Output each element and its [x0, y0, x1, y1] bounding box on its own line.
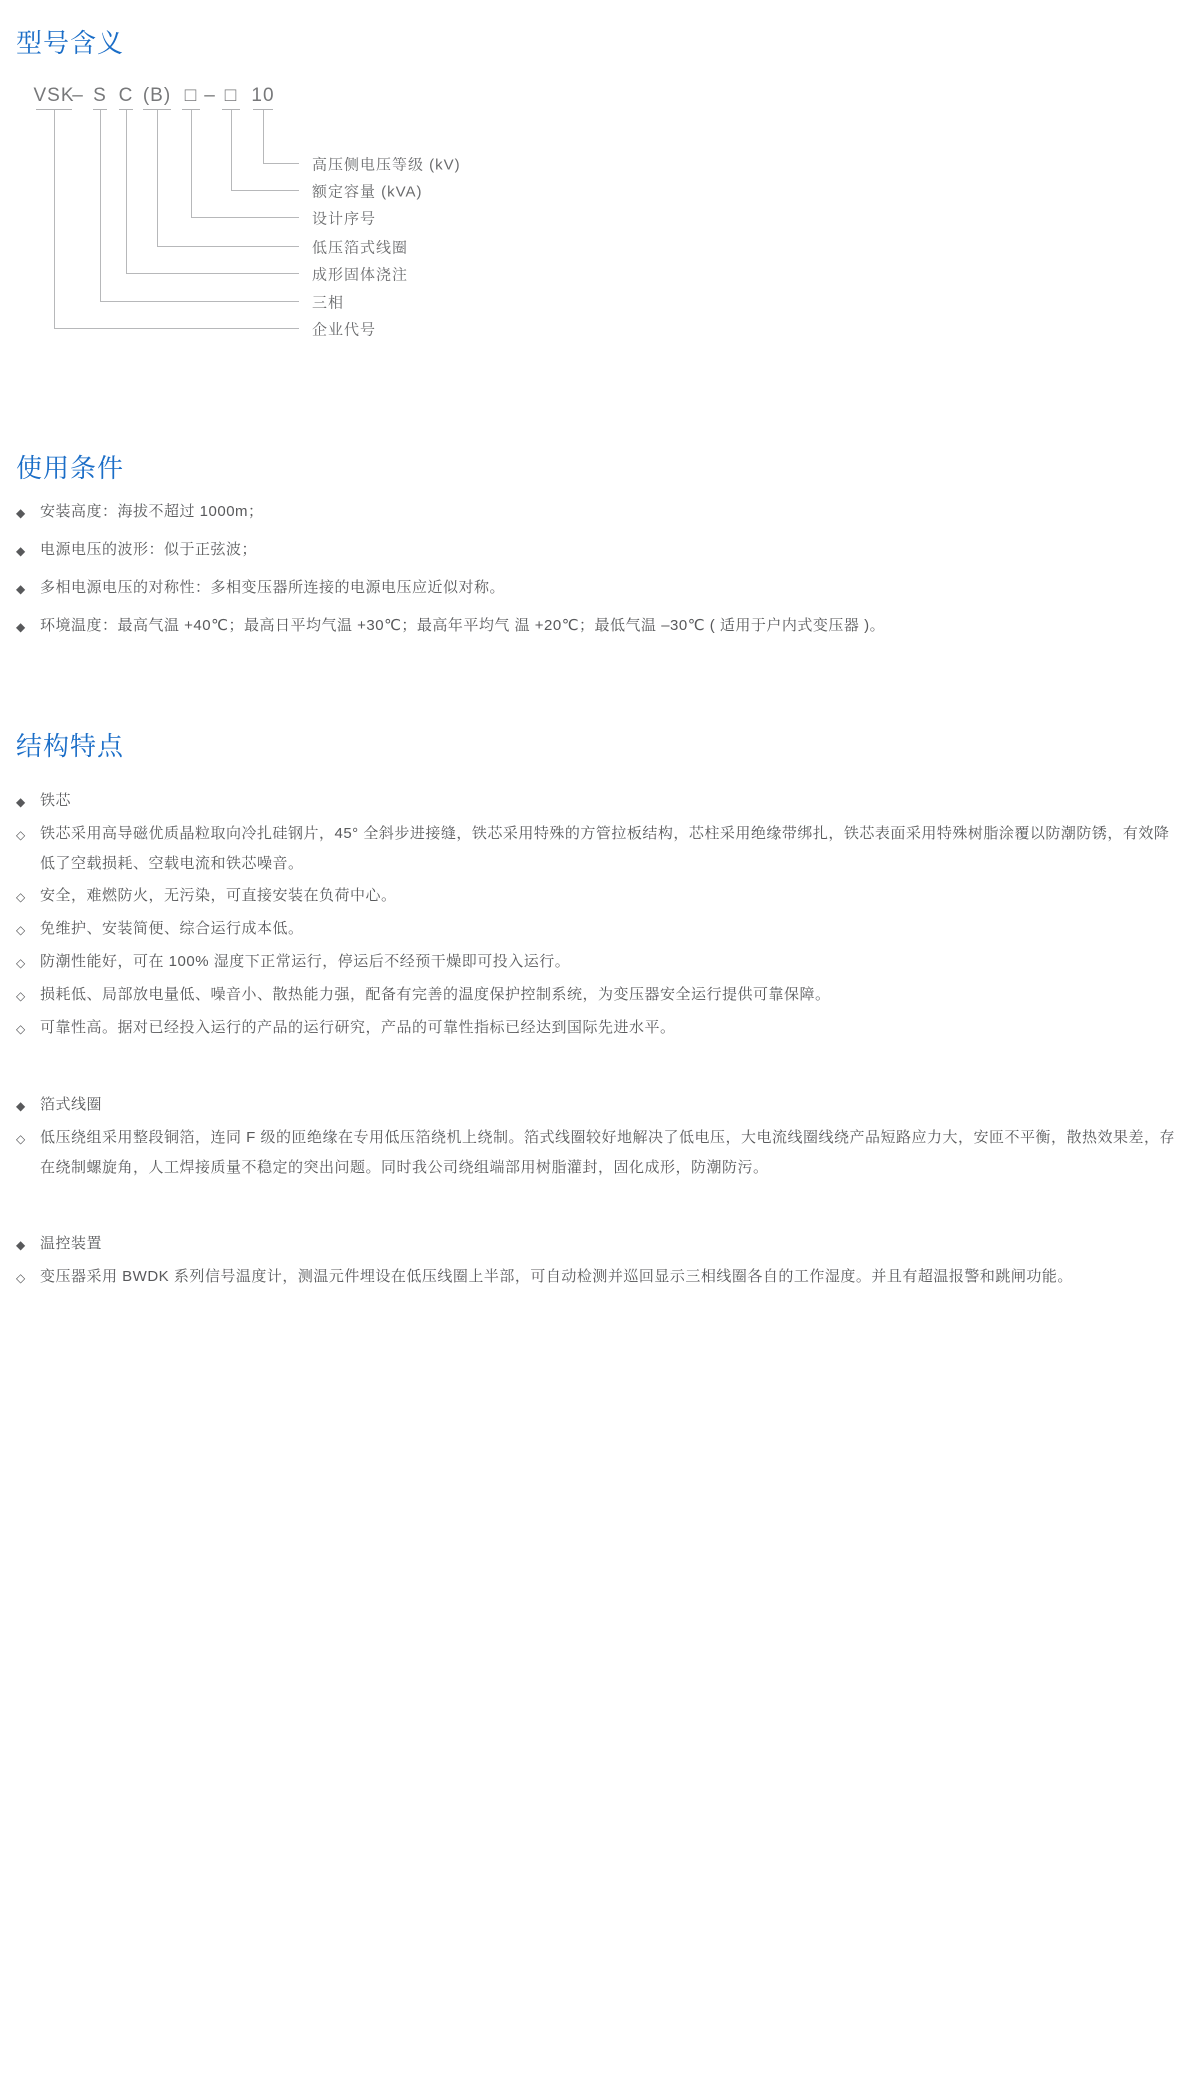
section-conditions: 使用条件 ◆ 安装高度：海拔不超过 1000m； ◆ 电源电压的波形：似于正弦波…: [16, 453, 1184, 639]
diagram-label-solid-cast: 成形固体浇注: [312, 264, 408, 285]
condition-text: 电源电压的波形：似于正弦波；: [40, 538, 1184, 562]
diamond-solid-icon: ◆: [16, 576, 40, 601]
feature-text: 铁芯采用高导磁优质晶粒取向冷扎硅钢片，45° 全斜步进接缝，铁芯采用特殊的方管拉…: [40, 819, 1184, 879]
feature-group-foil-coil: ◆ 箔式线圈 ◇ 低压绕组采用整段铜箔，连同 F 级的匝绝缘在专用低压箔绕机上绕…: [16, 1090, 1184, 1183]
connector-line: [126, 110, 127, 273]
feature-item: ◇ 免维护、安装简便、综合运行成本低。: [16, 914, 1184, 945]
feature-text: 安全，难燃防火，无污染，可直接安装在负荷中心。: [40, 881, 1184, 911]
conditions-section-heading: 使用条件: [16, 453, 1184, 484]
feature-item: ◇ 变压器采用 BWDK 系列信号温度计，测温元件埋设在低压线圈上半部，可自动检…: [16, 1262, 1184, 1293]
feature-group-title-text: 铁芯: [40, 786, 1184, 816]
diamond-solid-icon: ◆: [16, 500, 40, 525]
connector-line: [263, 110, 264, 163]
code-segment-box1: □: [185, 85, 197, 107]
diamond-solid-icon: ◆: [16, 614, 40, 639]
feature-item: ◇ 铁芯采用高导磁优质晶粒取向冷扎硅钢片，45° 全斜步进接缝，铁芯采用特殊的方…: [16, 819, 1184, 879]
code-segment-b: (B): [143, 85, 171, 107]
code-segment-box2: □: [225, 85, 237, 107]
diamond-hollow-icon: ◇: [16, 947, 40, 978]
feature-text: 低压绕组采用整段铜箔，连同 F 级的匝绝缘在专用低压箔绕机上绕制。箔式线圈较好地…: [40, 1123, 1184, 1183]
feature-group-title: ◆ 温控装置: [16, 1229, 1184, 1260]
connector-line: [191, 110, 192, 217]
code-dash2: –: [204, 85, 216, 107]
connector-line: [54, 328, 299, 329]
feature-item: ◇ 防潮性能好，可在 100% 湿度下正常运行，停运后不经预干燥即可投入运行。: [16, 947, 1184, 978]
diamond-hollow-icon: ◇: [16, 1123, 40, 1154]
condition-text: 安装高度：海拔不超过 1000m；: [40, 500, 1184, 524]
feature-group-title-text: 箔式线圈: [40, 1090, 1184, 1120]
diamond-hollow-icon: ◇: [16, 914, 40, 945]
diagram-label-foil-coil: 低压箔式线圈: [312, 237, 408, 258]
features-list: ◆ 铁芯 ◇ 铁芯采用高导磁优质晶粒取向冷扎硅钢片，45° 全斜步进接缝，铁芯采…: [16, 786, 1184, 1293]
feature-text: 免维护、安装简便、综合运行成本低。: [40, 914, 1184, 944]
section-model: 型号含义 VSK – S C (B) □ – □ 10: [16, 28, 1184, 353]
diamond-hollow-icon: ◇: [16, 881, 40, 912]
connector-line: [126, 273, 299, 274]
diagram-label-design-serial: 设计序号: [312, 208, 376, 229]
diamond-hollow-icon: ◇: [16, 980, 40, 1011]
connector-line: [54, 110, 55, 328]
model-code-diagram: VSK – S C (B) □ – □ 10 高压侧电: [16, 85, 1184, 353]
diagram-label-three-phase: 三相: [312, 292, 344, 313]
diagram-label-rated-capacity: 额定容量 (kVA): [312, 181, 423, 202]
connector-line: [191, 217, 299, 218]
condition-text: 多相电源电压的对称性：多相变压器所连接的电源电压应近似对称。: [40, 576, 1184, 600]
code-segment-vsk: VSK: [33, 85, 74, 107]
connector-line: [263, 163, 299, 164]
code-segment-c: C: [119, 85, 134, 107]
feature-group-title: ◆ 箔式线圈: [16, 1090, 1184, 1121]
feature-group-core: ◆ 铁芯 ◇ 铁芯采用高导磁优质晶粒取向冷扎硅钢片，45° 全斜步进接缝，铁芯采…: [16, 786, 1184, 1044]
connector-line: [231, 110, 232, 190]
catalog-page: 型号含义 VSK – S C (B) □ – □ 10: [0, 0, 1200, 2100]
connector-line: [157, 246, 299, 247]
features-section-heading: 结构特点: [16, 731, 1184, 762]
feature-group-title: ◆ 铁芯: [16, 786, 1184, 817]
diamond-hollow-icon: ◇: [16, 819, 40, 850]
feature-group-temp-control: ◆ 温控装置 ◇ 变压器采用 BWDK 系列信号温度计，测温元件埋设在低压线圈上…: [16, 1229, 1184, 1293]
diamond-hollow-icon: ◇: [16, 1013, 40, 1044]
connector-line: [157, 110, 158, 246]
diamond-solid-icon: ◆: [16, 786, 40, 817]
feature-item: ◇ 安全，难燃防火，无污染，可直接安装在负荷中心。: [16, 881, 1184, 912]
diamond-solid-icon: ◆: [16, 1229, 40, 1260]
section-features: 结构特点 ◆ 铁芯 ◇ 铁芯采用高导磁优质晶粒取向冷扎硅钢片，45° 全斜步进接…: [16, 731, 1184, 1293]
feature-text: 防潮性能好，可在 100% 湿度下正常运行，停运后不经预干燥即可投入运行。: [40, 947, 1184, 977]
diagram-label-company-code: 企业代号: [312, 319, 376, 340]
feature-text: 损耗低、局部放电量低、噪音小、散热能力强，配备有完善的温度保护控制系统，为变压器…: [40, 980, 1184, 1010]
diamond-hollow-icon: ◇: [16, 1262, 40, 1293]
model-section-heading: 型号含义: [16, 28, 1184, 59]
connector-line: [231, 190, 299, 191]
condition-item: ◆ 环境温度：最高气温 +40℃；最高日平均气温 +30℃；最高年平均气 温 +…: [16, 614, 1184, 639]
condition-item: ◆ 多相电源电压的对称性：多相变压器所连接的电源电压应近似对称。: [16, 576, 1184, 601]
condition-item: ◆ 安装高度：海拔不超过 1000m；: [16, 500, 1184, 525]
feature-item: ◇ 可靠性高。据对已经投入运行的产品的运行研究，产品的可靠性指标已经达到国际先进…: [16, 1013, 1184, 1044]
feature-item: ◇ 低压绕组采用整段铜箔，连同 F 级的匝绝缘在专用低压箔绕机上绕制。箔式线圈较…: [16, 1123, 1184, 1183]
code-dash: –: [72, 85, 84, 107]
conditions-list: ◆ 安装高度：海拔不超过 1000m； ◆ 电源电压的波形：似于正弦波； ◆ 多…: [16, 500, 1184, 639]
condition-item: ◆ 电源电压的波形：似于正弦波；: [16, 538, 1184, 563]
code-segment-s: S: [93, 85, 107, 107]
feature-text: 可靠性高。据对已经投入运行的产品的运行研究，产品的可靠性指标已经达到国际先进水平…: [40, 1013, 1184, 1043]
connector-line: [100, 110, 101, 301]
code-segment-10: 10: [251, 85, 274, 107]
diamond-solid-icon: ◆: [16, 538, 40, 563]
feature-group-title-text: 温控装置: [40, 1229, 1184, 1259]
feature-text: 变压器采用 BWDK 系列信号温度计，测温元件埋设在低压线圈上半部，可自动检测并…: [40, 1262, 1184, 1292]
connector-line: [100, 301, 299, 302]
feature-item: ◇ 损耗低、局部放电量低、噪音小、散热能力强，配备有完善的温度保护控制系统，为变…: [16, 980, 1184, 1011]
diagram-label-hv-voltage: 高压侧电压等级 (kV): [312, 154, 461, 175]
diamond-solid-icon: ◆: [16, 1090, 40, 1121]
condition-text: 环境温度：最高气温 +40℃；最高日平均气温 +30℃；最高年平均气 温 +20…: [40, 614, 1184, 638]
